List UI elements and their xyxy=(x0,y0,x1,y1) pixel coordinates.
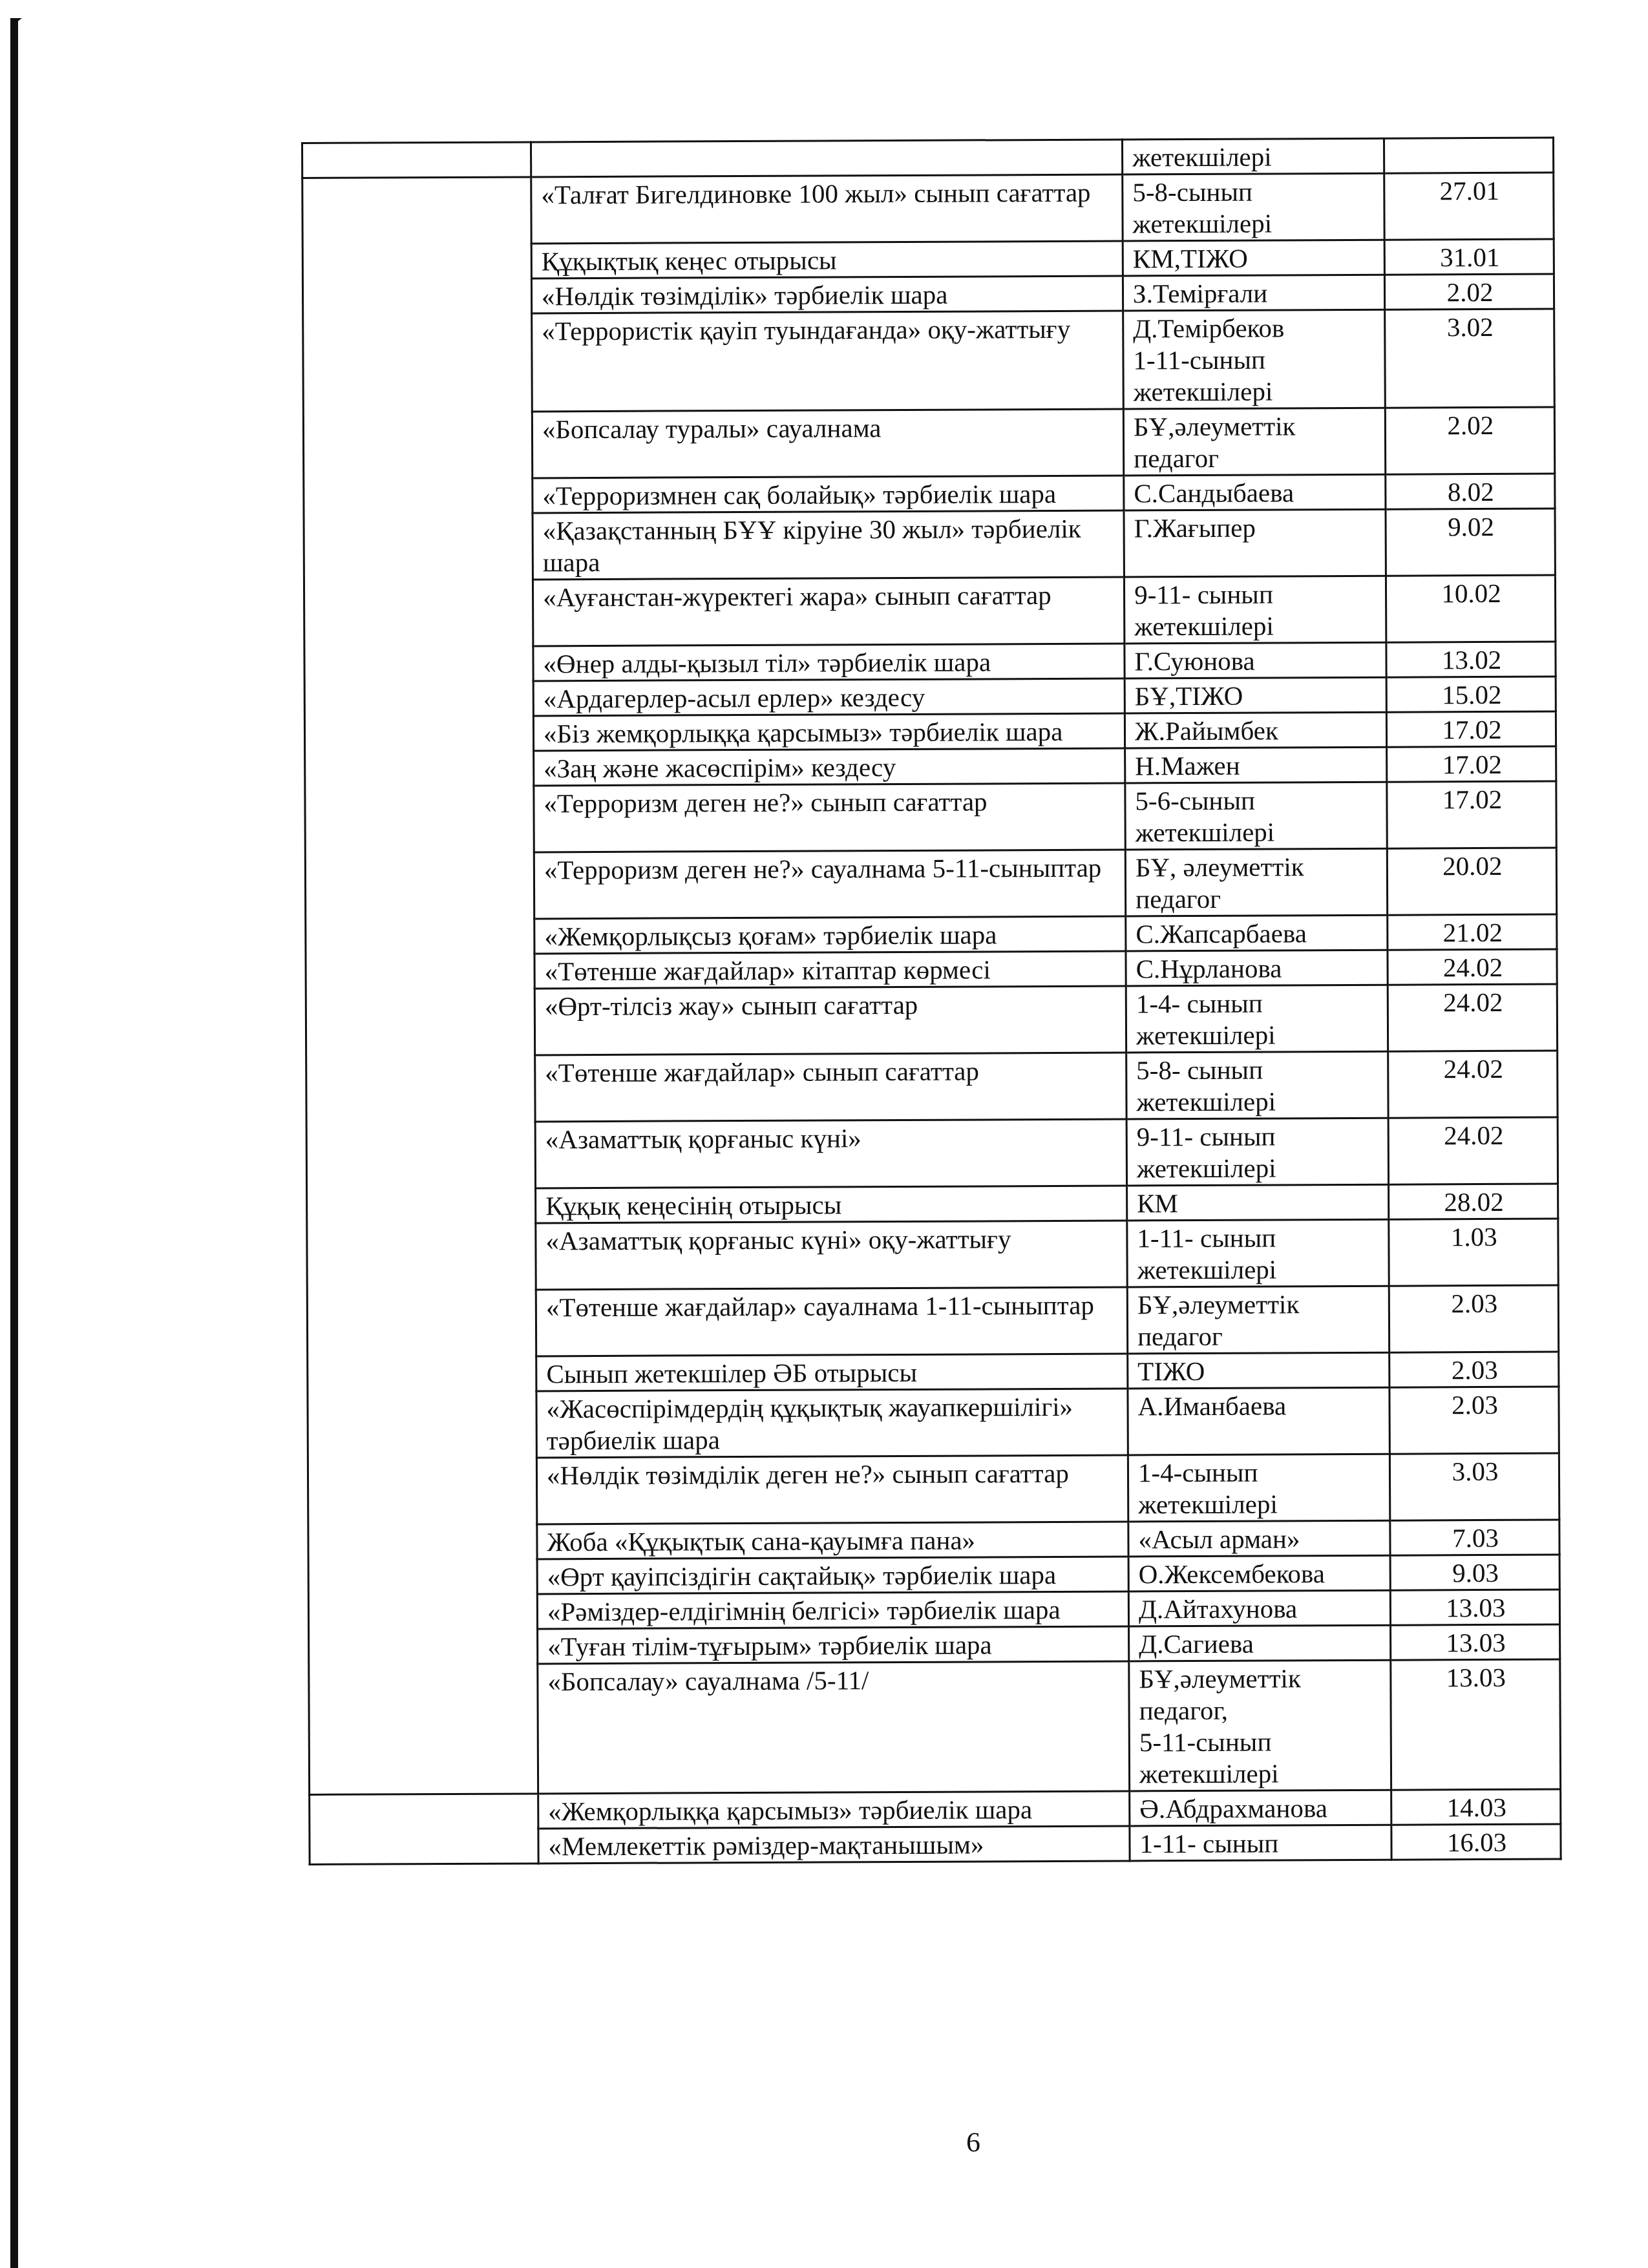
table-row: «Жемқорлыққа қарсымыз» тәрбиелік шараӘ.А… xyxy=(310,1789,1561,1829)
event-cell: «Терроризм деген не?» сынып сағаттар xyxy=(534,783,1125,852)
event-cell: «Террористік қауіп туындағанда» оқу-жатт… xyxy=(532,311,1124,412)
event-cell: «Біз жемқорлыққа қарсымыз» тәрбиелік шар… xyxy=(533,713,1125,751)
event-cell: «Терроризм деген не?» сауалнама 5-11-сын… xyxy=(534,850,1125,919)
event-cell: Сынып жетекшілер ӘБ отырысы xyxy=(536,1354,1128,1391)
date-cell: 10.02 xyxy=(1386,575,1555,642)
date-cell: 31.01 xyxy=(1384,239,1554,275)
responsible-cell: Д.Темірбеков 1-11-сынып жетекшілері xyxy=(1123,310,1386,409)
section-cell xyxy=(310,1794,538,1865)
responsible-cell: 9-11- сынып жетекшілері xyxy=(1126,1118,1388,1186)
date-cell: 14.03 xyxy=(1391,1789,1561,1825)
event-cell: «Қазақстанның БҰҰ кіруіне 30 жыл» тәрбие… xyxy=(533,510,1124,580)
event-cell: «Заң және жасөспірім» кездесу xyxy=(534,748,1125,786)
date-cell: 2.02 xyxy=(1385,407,1554,474)
event-cell: «Мемлекеттік рәміздер-мақтанышым» xyxy=(538,1826,1130,1864)
date-cell: 17.02 xyxy=(1386,711,1556,747)
table-row: жетекшілері xyxy=(302,138,1554,178)
responsible-cell: КМ,ТІЖО xyxy=(1123,240,1384,276)
responsible-cell: жетекшілері xyxy=(1122,138,1384,174)
event-cell: Жоба «Құқықтық сана-қауымға пана» xyxy=(537,1522,1128,1559)
date-cell: 2.03 xyxy=(1389,1387,1559,1454)
event-plan-table: жетекшілері «Талғат Бигелдиновке 100 жыл… xyxy=(301,137,1562,1865)
event-cell: «Төтенше жағдайлар» сауалнама 1-11-сынып… xyxy=(536,1287,1127,1356)
responsible-cell: ТІЖО xyxy=(1128,1352,1389,1389)
event-cell: «Бопсалау» сауалнама /5-11/ xyxy=(538,1661,1130,1794)
responsible-cell: С.Жапсарбаева xyxy=(1126,915,1388,951)
event-cell: «Ардагерлер-асыл ерлер» кездесу xyxy=(533,678,1125,716)
event-cell: «Жасөспірімдердің құқықтық жауапкершіліг… xyxy=(536,1389,1128,1458)
page-number: 6 xyxy=(966,2126,980,2159)
date-cell: 17.02 xyxy=(1387,781,1556,848)
event-cell: «Азаматтық қорғаныс күні» xyxy=(535,1119,1126,1188)
responsible-cell: 1-11- сынып xyxy=(1130,1825,1391,1861)
responsible-cell: БҰ,әлеуметтік педагог, 5-11-сынып жетекш… xyxy=(1129,1660,1391,1791)
event-cell xyxy=(531,140,1123,177)
event-cell: «Төтенше жағдайлар» сынып сағаттар xyxy=(535,1053,1126,1122)
responsible-cell: 9-11- сынып жетекшілері xyxy=(1124,576,1386,644)
section-cell xyxy=(302,177,538,1795)
date-cell: 24.02 xyxy=(1388,1117,1558,1184)
event-cell: «Өрт қауіпсіздігін сақтайық» тәрбиелік ш… xyxy=(537,1557,1128,1594)
responsible-cell: БҰ,ТІЖО xyxy=(1125,677,1386,713)
date-cell: 3.03 xyxy=(1389,1453,1559,1520)
responsible-cell: Ж.Райымбек xyxy=(1125,712,1386,748)
event-cell: «Өрт-тілсіз жау» сынып сағаттар xyxy=(534,986,1126,1055)
event-cell: «Нөлдік төзімділік деген не?» сынып саға… xyxy=(536,1455,1128,1524)
event-cell: «Жемқорлықсыз қоғам» тәрбиелік шара xyxy=(534,916,1126,954)
date-cell: 13.03 xyxy=(1391,1659,1561,1790)
responsible-cell: БҰ,әлеуметтік педагог xyxy=(1123,408,1385,476)
date-cell: 9.03 xyxy=(1390,1555,1559,1590)
date-cell: 8.02 xyxy=(1386,474,1555,509)
date-cell: 13.02 xyxy=(1386,642,1556,677)
responsible-cell: БҰ,әлеуметтік педагог xyxy=(1127,1286,1389,1354)
date-cell: 3.02 xyxy=(1385,309,1555,408)
responsible-cell: 1-4- сынып жетекшілері xyxy=(1126,985,1388,1053)
date-cell: 28.02 xyxy=(1389,1184,1558,1219)
date-cell: 17.02 xyxy=(1387,746,1556,782)
responsible-cell: КМ xyxy=(1127,1184,1389,1221)
responsible-cell: С.Сандыбаева xyxy=(1124,474,1386,510)
event-cell: «Төтенше жағдайлар» кітаптар көрмесі xyxy=(534,951,1126,989)
date-cell: 21.02 xyxy=(1388,914,1557,950)
event-cell: «Нөлдік төзімділік» тәрбиелік шара xyxy=(531,276,1123,313)
event-cell: Құқықтық кеңес отырысы xyxy=(531,241,1123,278)
section-cell xyxy=(302,142,531,178)
date-cell: 27.01 xyxy=(1384,173,1554,240)
date-cell: 13.03 xyxy=(1391,1624,1560,1660)
responsible-cell: 1-4-сынып жетекшілері xyxy=(1128,1454,1389,1522)
event-cell: «Бопсалау туралы» сауалнама xyxy=(532,409,1123,478)
date-cell: 24.02 xyxy=(1388,1051,1558,1118)
date-cell: 2.03 xyxy=(1389,1285,1558,1352)
responsible-cell: З.Темірғали xyxy=(1123,275,1384,311)
responsible-cell: О.Жексембекова xyxy=(1128,1555,1390,1591)
table-row: «Талғат Бигелдиновке 100 жыл» сынып саға… xyxy=(302,173,1554,244)
event-cell: Құқық кеңесінің отырысы xyxy=(536,1186,1127,1223)
responsible-cell: Г.Жағыпер xyxy=(1124,509,1386,577)
date-cell: 24.02 xyxy=(1388,949,1557,985)
event-cell: «Жемқорлыққа қарсымыз» тәрбиелік шара xyxy=(538,1791,1130,1829)
responsible-cell: Д.Сагиева xyxy=(1129,1625,1391,1661)
responsible-cell: 1-11- сынып жетекшілері xyxy=(1127,1219,1389,1287)
responsible-cell: Н.Мажен xyxy=(1125,747,1387,783)
responsible-cell: С.Нұрланова xyxy=(1126,950,1388,986)
date-cell: 1.03 xyxy=(1389,1219,1558,1286)
date-cell xyxy=(1384,138,1553,173)
event-cell: «Терроризмнен сақ болайық» тәрбиелік шар… xyxy=(533,476,1124,513)
responsible-cell: А.Иманбаева xyxy=(1128,1387,1389,1455)
responsible-cell: Ә.Абдрахманова xyxy=(1130,1790,1391,1826)
date-cell: 2.03 xyxy=(1389,1352,1559,1387)
date-cell: 24.02 xyxy=(1388,984,1557,1051)
event-cell: «Туған тілім-тұғырым» тәрбиелік шара xyxy=(538,1626,1129,1664)
responsible-cell: Г.Суюнова xyxy=(1125,642,1386,678)
responsible-cell: 5-6-сынып жетекшілері xyxy=(1125,782,1387,850)
date-cell: 13.03 xyxy=(1390,1590,1559,1625)
date-cell: 9.02 xyxy=(1386,509,1555,576)
event-cell: «Рәміздер-елдігімнің белгісі» тәрбиелік … xyxy=(537,1591,1128,1629)
responsible-cell: 5-8- сынып жетекшілері xyxy=(1126,1051,1388,1119)
responsible-cell: Д.Айтахунова xyxy=(1128,1590,1390,1626)
date-cell: 7.03 xyxy=(1390,1520,1559,1555)
event-cell: «Ауғанстан-жүректегі жара» сынып сағатта… xyxy=(533,577,1124,646)
responsible-cell: БҰ, әлеуметтік педагог xyxy=(1125,848,1387,916)
date-cell: 20.02 xyxy=(1387,848,1556,915)
scan-edge-mark xyxy=(10,18,18,2268)
event-cell: «Азаматтық қорғаныс күні» оқу-жаттығу xyxy=(536,1221,1127,1290)
date-cell: 15.02 xyxy=(1386,677,1556,712)
date-cell: 16.03 xyxy=(1391,1824,1561,1860)
event-cell: «Талғат Бигелдиновке 100 жыл» сынып саға… xyxy=(531,174,1123,244)
responsible-cell: 5-8-сынып жетекшілері xyxy=(1123,173,1384,241)
responsible-cell: «Асыл арман» xyxy=(1128,1520,1390,1557)
date-cell: 2.02 xyxy=(1384,274,1554,310)
event-cell: «Өнер алды-қызыл тіл» тәрбиелік шара xyxy=(533,644,1125,681)
